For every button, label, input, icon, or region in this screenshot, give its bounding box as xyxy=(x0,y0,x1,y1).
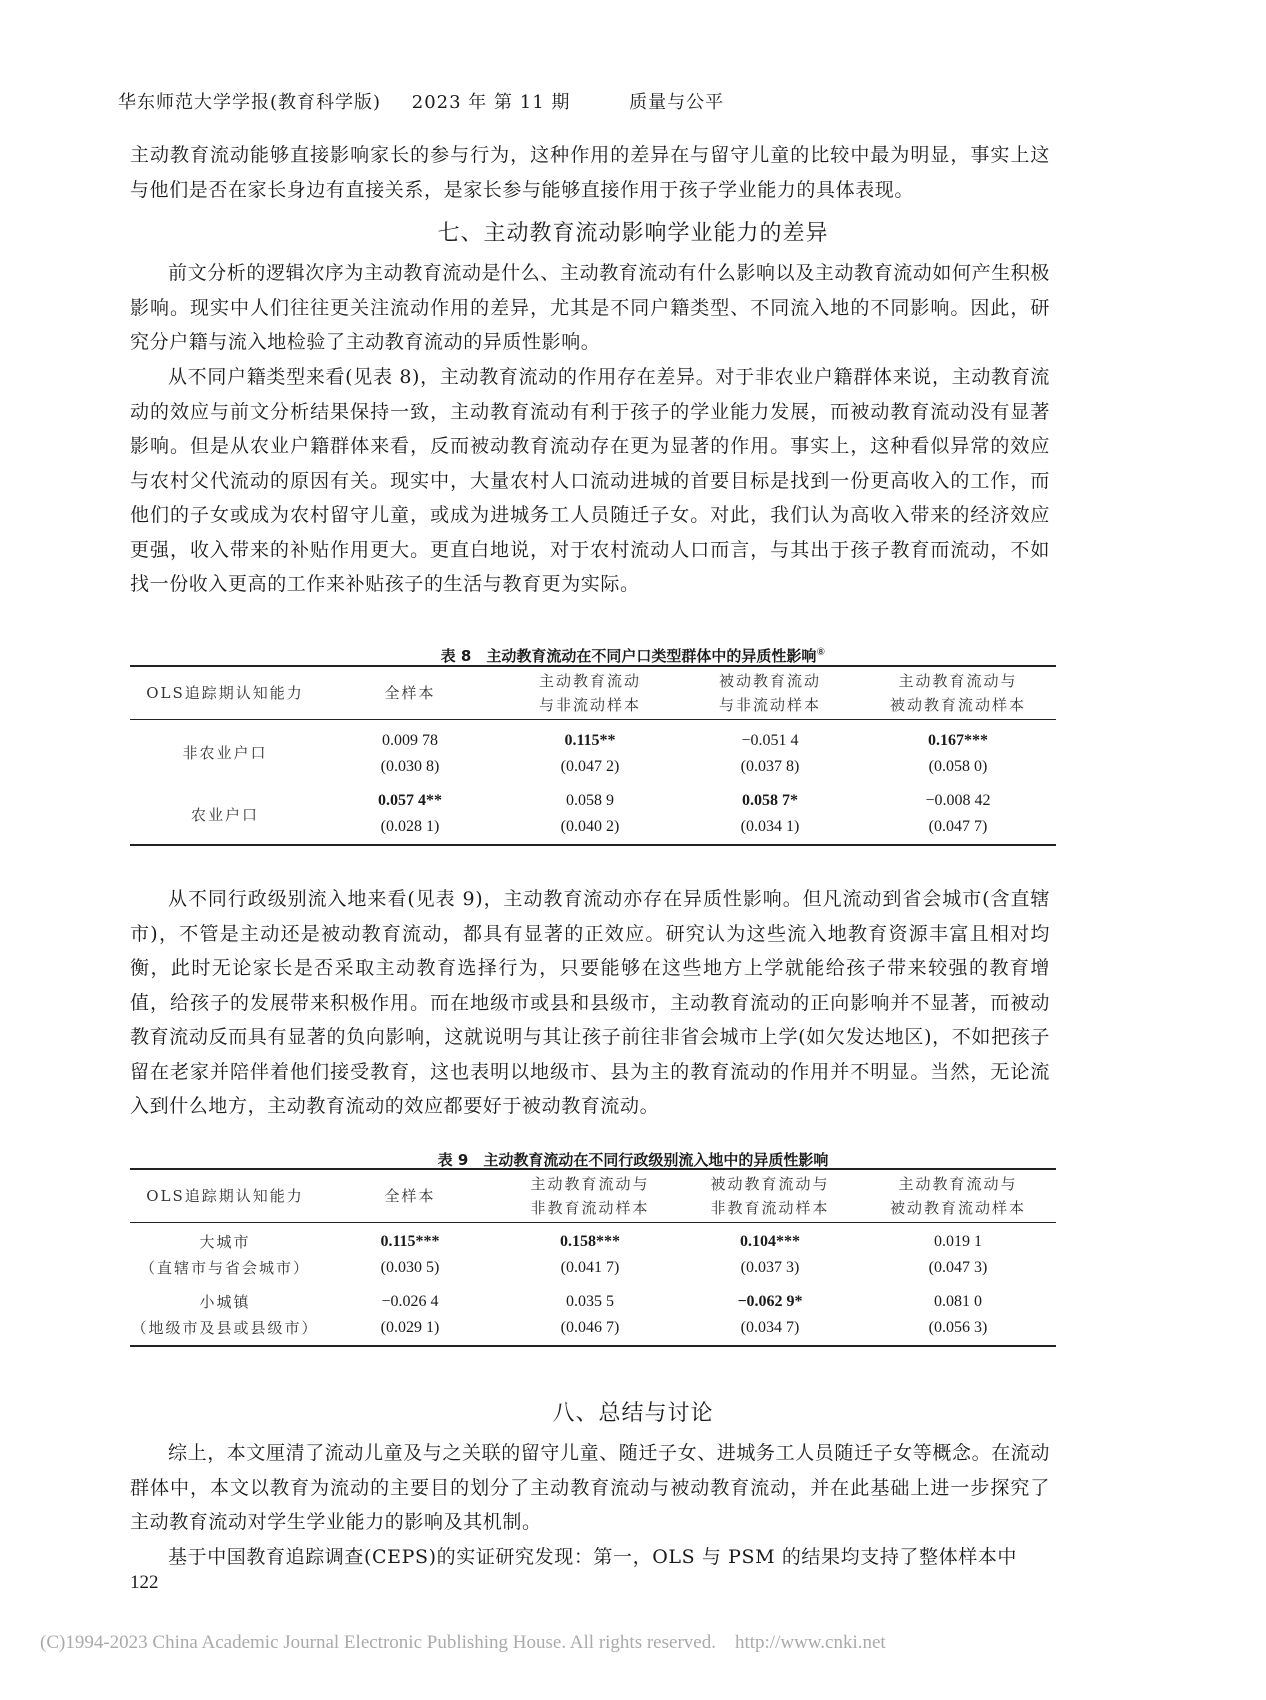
row-label: 农业户口 xyxy=(130,780,320,845)
se-cell: (0.046 7) xyxy=(500,1315,680,1346)
se-cell: (0.028 1) xyxy=(320,814,500,845)
journal-name: 华东师范大学学报(教育科学版) xyxy=(118,92,381,113)
coef-cell: −0.062 9* xyxy=(680,1281,860,1315)
table-row: （直辖市与省会城市） (0.030 5) (0.041 7) (0.037 3)… xyxy=(130,1255,1056,1281)
coef-cell: 0.158*** xyxy=(500,1223,680,1256)
table-row: 农业户口 0.057 4** 0.058 9 0.058 7* −0.008 4… xyxy=(130,780,1056,814)
issue-info: 2023 年 第 11 期 xyxy=(412,92,571,113)
coef-cell: 0.167*** xyxy=(860,720,1056,755)
paragraph: 主动教育流动能够直接影响家长的参与行为，这种作用的差异在与留守儿童的比较中最为明… xyxy=(130,138,1050,207)
se-cell: (0.037 8) xyxy=(680,754,860,780)
se-cell: (0.047 2) xyxy=(500,754,680,780)
coef-cell: 0.009 78 xyxy=(320,720,500,755)
se-cell: (0.056 3) xyxy=(860,1315,1056,1346)
se-cell: (0.047 3) xyxy=(860,1255,1056,1281)
column-header: 全样本 xyxy=(320,1169,500,1223)
column-header: 主动教育流动与非流动样本 xyxy=(500,666,680,720)
coef-cell: 0.058 7* xyxy=(680,780,860,814)
paragraph: 从不同行政级别流入地来看(见表 9)，主动教育流动亦存在异质性影响。但凡流动到省… xyxy=(130,882,1050,1124)
se-cell: (0.058 0) xyxy=(860,754,1056,780)
table-8: OLS追踪期认知能力 全样本 主动教育流动与非流动样本 被动教育流动与非流动样本… xyxy=(130,665,1056,846)
paragraph: 从不同户籍类型来看(见表 8)，主动教育流动的作用存在差异。对于非农业户籍群体来… xyxy=(130,360,1050,602)
table-row: 大城市 0.115*** 0.158*** 0.104*** 0.019 1 xyxy=(130,1223,1056,1256)
column-header: OLS追踪期认知能力 xyxy=(130,666,320,720)
row-sublabel: （直辖市与省会城市） xyxy=(130,1255,320,1281)
column-header: 被动教育流动与非教育流动样本 xyxy=(680,1169,860,1223)
table-9-caption: 表 9 主动教育流动在不同行政级别流入地中的异质性影响 xyxy=(0,1149,1266,1170)
table-row: 小城镇 −0.026 4 0.035 5 −0.062 9* 0.081 0 xyxy=(130,1281,1056,1315)
footnote-mark: ⑧ xyxy=(816,647,825,658)
column-header: 主动教育流动与被动教育流动样本 xyxy=(860,1169,1056,1223)
se-cell: (0.034 1) xyxy=(680,814,860,845)
coef-cell: −0.051 4 xyxy=(680,720,860,755)
se-cell: (0.037 3) xyxy=(680,1255,860,1281)
row-label: 小城镇 xyxy=(130,1281,320,1315)
coef-cell: 0.057 4** xyxy=(320,780,500,814)
table-8-caption: 表 8 主动教育流动在不同户口类型群体中的异质性影响⑧ xyxy=(0,645,1266,666)
running-head: 华东师范大学学报(教育科学版) 2023 年 第 11 期 质量与公平 xyxy=(118,88,748,114)
column-header: OLS追踪期认知能力 xyxy=(130,1169,320,1223)
se-cell: (0.034 7) xyxy=(680,1315,860,1346)
row-label: 大城市 xyxy=(130,1223,320,1256)
se-cell: (0.041 7) xyxy=(500,1255,680,1281)
coef-cell: −0.026 4 xyxy=(320,1281,500,1315)
se-cell: (0.047 7) xyxy=(860,814,1056,845)
se-cell: (0.030 8) xyxy=(320,754,500,780)
coef-cell: −0.008 42 xyxy=(860,780,1056,814)
coef-cell: 0.115*** xyxy=(320,1223,500,1256)
se-cell: (0.029 1) xyxy=(320,1315,500,1346)
column-header: 被动教育流动与非流动样本 xyxy=(680,666,860,720)
coef-cell: 0.104*** xyxy=(680,1223,860,1256)
section-heading-8: 八、总结与讨论 xyxy=(0,1396,1266,1427)
row-sublabel: （地级市及县或县级市） xyxy=(130,1315,320,1346)
page-number: 122 xyxy=(130,1572,159,1594)
table-header-row: OLS追踪期认知能力 全样本 主动教育流动与非流动样本 被动教育流动与非流动样本… xyxy=(130,666,1056,720)
paragraph: 基于中国教育追踪调查(CEPS)的实证研究发现：第一，OLS 与 PSM 的结果… xyxy=(130,1540,1050,1575)
coef-cell: 0.019 1 xyxy=(860,1223,1056,1256)
coef-cell: 0.035 5 xyxy=(500,1281,680,1315)
section-name: 质量与公平 xyxy=(629,92,724,113)
section-heading-7: 七、主动教育流动影响学业能力的差异 xyxy=(0,216,1266,247)
column-header: 全样本 xyxy=(320,666,500,720)
table-row: （地级市及县或县级市） (0.029 1) (0.046 7) (0.034 7… xyxy=(130,1315,1056,1346)
coef-cell: 0.058 9 xyxy=(500,780,680,814)
se-cell: (0.030 5) xyxy=(320,1255,500,1281)
row-label: 非农业户口 xyxy=(130,720,320,781)
coef-cell: 0.081 0 xyxy=(860,1281,1056,1315)
table-row: 非农业户口 0.009 78 0.115** −0.051 4 0.167*** xyxy=(130,720,1056,755)
table-header-row: OLS追踪期认知能力 全样本 主动教育流动与非教育流动样本 被动教育流动与非教育… xyxy=(130,1169,1056,1223)
table-9: OLS追踪期认知能力 全样本 主动教育流动与非教育流动样本 被动教育流动与非教育… xyxy=(130,1168,1056,1347)
copyright-notice: (C)1994-2023 China Academic Journal Elec… xyxy=(40,1632,886,1654)
se-cell: (0.040 2) xyxy=(500,814,680,845)
paragraph: 前文分析的逻辑次序为主动教育流动是什么、主动教育流动有什么影响以及主动教育流动如… xyxy=(130,256,1050,360)
column-header: 主动教育流动与被动教育流动样本 xyxy=(860,666,1056,720)
column-header: 主动教育流动与非教育流动样本 xyxy=(500,1169,680,1223)
coef-cell: 0.115** xyxy=(500,720,680,755)
paragraph: 综上，本文厘清了流动儿童及与之关联的留守儿童、随迁子女、进城务工人员随迁子女等概… xyxy=(130,1436,1050,1540)
